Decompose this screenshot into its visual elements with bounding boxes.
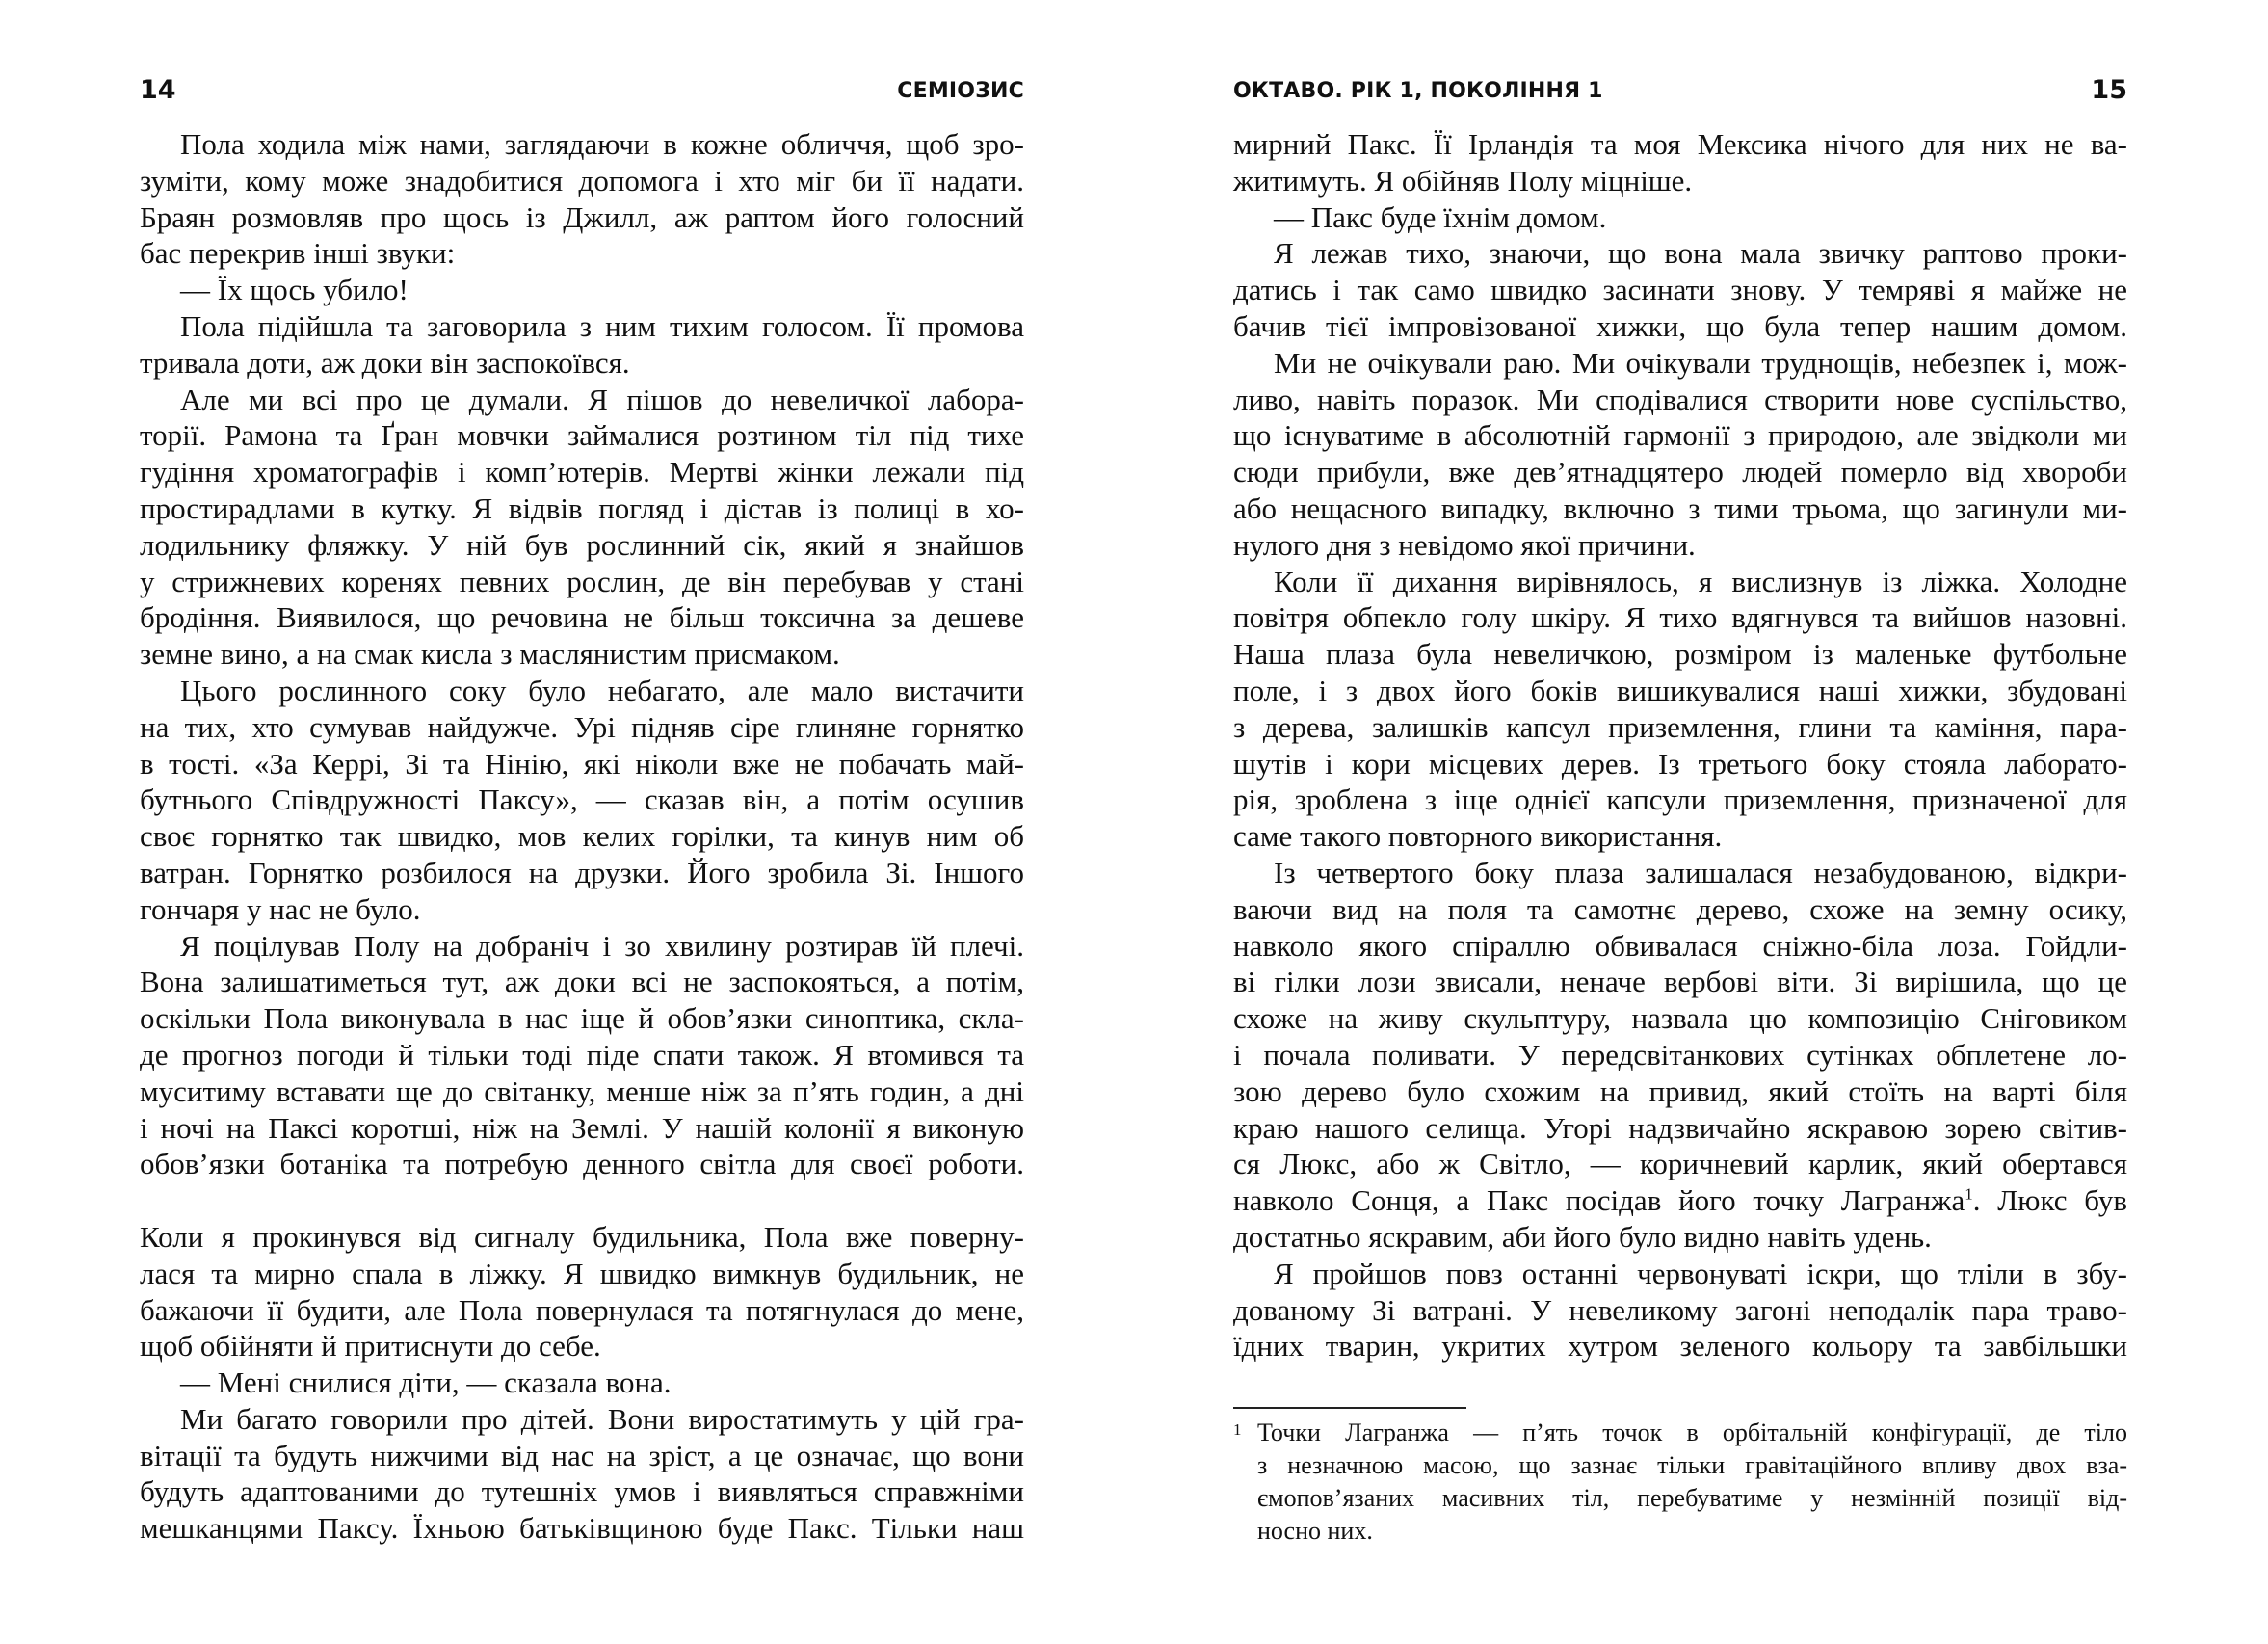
- text-line: — Пакс буде їхнім домом.: [1233, 199, 2127, 236]
- text-line: Я пройшов повз останні червонуваті іскри…: [1233, 1256, 2127, 1292]
- text-line: повітря обпекло голу шкіру. Я тихо вдягн…: [1233, 599, 2127, 636]
- text-line: ваючи вид на поля та самотнє дерево, схо…: [1233, 891, 2127, 928]
- text-line: Браян розмовляв про щось із Джилл, аж ра…: [140, 199, 1024, 236]
- left-page-body: Пола ходила між нами, заглядаючи в кожне…: [140, 126, 1024, 1547]
- footnote-line: Точки Лагранжа — п’ять точок в орбітальн…: [1233, 1417, 2127, 1449]
- text-line: ватран. Горнятко розбилося на друзки. Йо…: [140, 855, 1024, 891]
- text-line: в тості. «За Керрі, Зі та Нінію, які нік…: [140, 746, 1024, 782]
- text-line: бутнього Співдружності Паксу», — сказав …: [140, 782, 1024, 818]
- text-line: Коли її дихання вирівнялось, я вислизнув…: [1233, 564, 2127, 600]
- text-line: бродіння. Виявилося, що речовина не біль…: [140, 599, 1024, 636]
- page-number-left: 14: [140, 75, 176, 114]
- text-line: Наша плаза була невеличкою, розміром із …: [1233, 636, 2127, 673]
- footnote-marker: 1: [1233, 1420, 1242, 1440]
- text-line: шутів і кори місцевих дерев. Із третього…: [1233, 746, 2127, 782]
- text-line: що існуватиме в абсолютній гармонії з пр…: [1233, 417, 2127, 454]
- text-line: гончаря у нас не було.: [140, 891, 1024, 928]
- text-line: ся Люкс, або ж Світло, — коричневий карл…: [1233, 1146, 2127, 1182]
- footnote-line: носно них.: [1233, 1515, 2127, 1548]
- text-line: лася та мирно спала в ліжку. Я швидко ви…: [140, 1256, 1024, 1292]
- text-line: лодильнику фляжку. У ній був рослинний с…: [140, 527, 1024, 564]
- text-line: зою дерево було схожим на привид, який с…: [1233, 1074, 2127, 1110]
- footnote-reference[interactable]: 1: [1965, 1185, 1973, 1204]
- footnote-rule: [1233, 1407, 1466, 1409]
- text-line: торії. Рамона та Ґран мовчки займалися р…: [140, 417, 1024, 454]
- text-line: дованому Зі ватрані. У невеликому загоні…: [1233, 1292, 2127, 1329]
- text-line: Ми багато говорили про дітей. Вони вирос…: [140, 1401, 1024, 1438]
- text-line: навколо Сонця, а Пакс посідав його точку…: [1233, 1182, 2127, 1219]
- text-line: щоб обійняти й притиснути до себе.: [140, 1328, 1024, 1365]
- text-line: зуміти, кому може знадобитися допомога і…: [140, 163, 1024, 199]
- text-line: ливо, навіть поразок. Ми сподівалися ств…: [1233, 382, 2127, 418]
- text-line: Ми не очікували раю. Ми очікували трудно…: [1233, 345, 2127, 382]
- blank-line: [140, 1182, 1024, 1219]
- text-line: поле, і з двох його боків вишикувалися н…: [1233, 673, 2127, 709]
- text-line: у стрижневих коренях певних рослин, де в…: [140, 564, 1024, 600]
- text-line: навколо якого спіраллю обвивалася сніжно…: [1233, 928, 2127, 965]
- text-line: нулого дня з невідомо якої причини.: [1233, 527, 2127, 564]
- text-line: де прогноз погоди й тільки тоді піде спа…: [140, 1037, 1024, 1074]
- text-line: Пола підійшла та заговорила з ним тихим …: [140, 308, 1024, 345]
- text-line: мешканцями Паксу. Їхньою батьківщиною бу…: [140, 1510, 1024, 1547]
- text-fragment: . Люкс був: [1973, 1183, 2127, 1217]
- right-page: ОКТАВО. РІК 1, ПОКОЛІННЯ 1 15 мирний Пак…: [1134, 0, 2268, 1644]
- text-line: на тих, хто сумував найдужче. Урі підняв…: [140, 709, 1024, 746]
- text-line: ві гілки лози звисали, неначе вербові ві…: [1233, 964, 2127, 1000]
- text-line: вітації та будуть нижчими від нас на зрі…: [140, 1438, 1024, 1474]
- text-line: достатньо яскравим, аби його було видно …: [1233, 1219, 2127, 1256]
- text-line: бажаючи її будити, але Пола повернулася …: [140, 1292, 1024, 1329]
- text-line: схоже на живу скульптуру, назвала цю ком…: [1233, 1000, 2127, 1037]
- running-head-left: СЕМІОЗИС: [782, 79, 1024, 118]
- text-line: їдних тварин, укритих хутром зеленого ко…: [1233, 1328, 2127, 1365]
- text-line: Із четвертого боку плаза залишалася неза…: [1233, 855, 2127, 891]
- text-line: обов’язки ботаніка та потребую денного с…: [140, 1146, 1024, 1182]
- text-line: краю нашого селища. Угорі надзвичайно яс…: [1233, 1110, 2127, 1147]
- text-line: Але ми всі про це думали. Я пішов до нев…: [140, 382, 1024, 418]
- text-line: будуть адаптованими до тутешніх умов і в…: [140, 1473, 1024, 1510]
- text-line: мирний Пакс. Її Ірландія та моя Мексика …: [1233, 126, 2127, 163]
- text-line: своє горнятко так швидко, мов келих горі…: [140, 818, 1024, 855]
- text-line: Пола ходила між нами, заглядаючи в кожне…: [140, 126, 1024, 163]
- text-line: і почала поливати. У передсвітанкових су…: [1233, 1037, 2127, 1074]
- text-line: Вона залишатиметься тут, аж доки всі не …: [140, 964, 1024, 1000]
- text-line: Я поцілував Полу на добраніч і зо хвилин…: [140, 928, 1024, 965]
- text-line: — Мені снилися діти, — сказала вона.: [140, 1365, 1024, 1401]
- text-line: гудіння хроматографів і комп’ютерів. Мер…: [140, 454, 1024, 491]
- text-line: саме такого повторного використання.: [1233, 818, 2127, 855]
- text-line: бас перекрив інші звуки:: [140, 235, 1024, 272]
- text-line: Коли я прокинувся від сигналу будильника…: [140, 1219, 1024, 1256]
- text-line: житимуть. Я обійняв Полу міцніше.: [1233, 163, 2127, 199]
- text-line: оскільки Пола виконувала в нас іще й обо…: [140, 1000, 1024, 1037]
- text-line: земне вино, а на смак кисла з маслянисти…: [140, 636, 1024, 673]
- text-line: і ночі на Паксі коротші, ніж на Землі. У…: [140, 1110, 1024, 1147]
- running-head-right: ОКТАВО. РІК 1, ПОКОЛІННЯ 1: [1233, 79, 1603, 118]
- text-line: муситиму вставати ще до світанку, менше …: [140, 1074, 1024, 1110]
- footnote-line: ємопов’язаних масивних тіл, перебуватиме…: [1233, 1482, 2127, 1515]
- text-line: простирадлами в кутку. Я відвів погляд і…: [140, 491, 1024, 527]
- text-line: бачив тієї імпровізованої хижки, що була…: [1233, 308, 2127, 345]
- text-line: тривала доти, аж доки він заспокоївся.: [140, 345, 1024, 382]
- text-line: з дерева, залишків капсул приземлення, г…: [1233, 709, 2127, 746]
- text-line: Цього рослинного соку було небагато, але…: [140, 673, 1024, 709]
- text-line: — Їх щось убило!: [140, 272, 1024, 308]
- text-line: або нещасного випадку, включно з тими тр…: [1233, 491, 2127, 527]
- text-line: Я лежав тихо, знаючи, що вона мала звичк…: [1233, 235, 2127, 272]
- footnote-line: з незначною масою, що зазнає тільки грав…: [1233, 1449, 2127, 1482]
- page-number-right: 15: [2043, 75, 2127, 114]
- text-fragment: навколо Сонця, а Пакс посідав його точку…: [1233, 1183, 1965, 1217]
- footnote: 1 Точки Лагранжа — п’ять точок в орбітал…: [1233, 1417, 2127, 1548]
- text-line: датись і так само швидко засинати знову.…: [1233, 272, 2127, 308]
- text-line: сюди прибули, вже дев’ятнадцятеро людей …: [1233, 454, 2127, 491]
- text-line: рія, зроблена з іще однієї капсули призе…: [1233, 782, 2127, 818]
- left-page: 14 СЕМІОЗИС Пола ходила між нами, загляд…: [0, 0, 1134, 1644]
- right-page-body: мирний Пакс. Її Ірландія та моя Мексика …: [1233, 126, 2127, 1365]
